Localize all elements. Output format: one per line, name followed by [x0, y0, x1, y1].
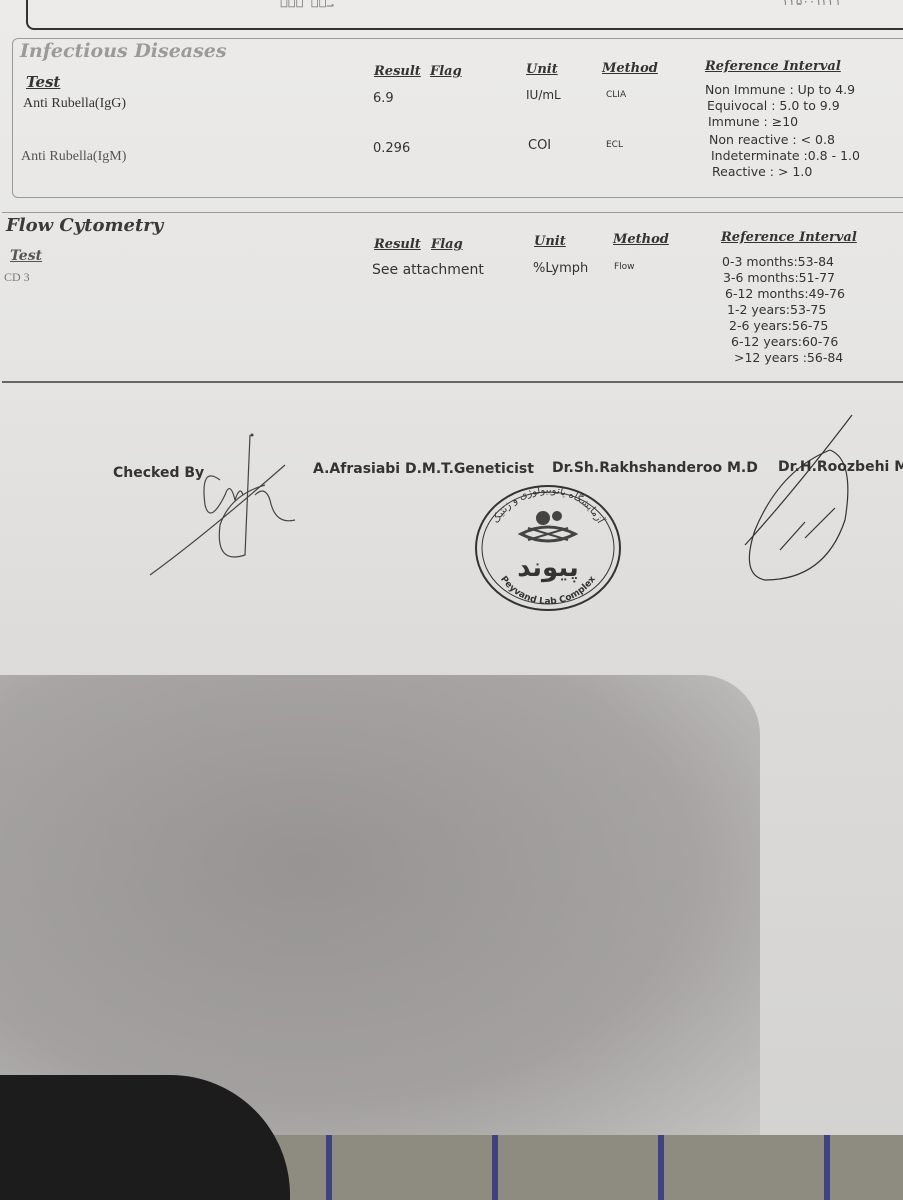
test-name-cd3: CD 3 — [4, 270, 30, 285]
lab-stamp: آزمایشگاه پاتوبیولوژی و ژنتیک Peyvand La… — [473, 480, 623, 612]
col-header-reference-flow: Reference Interval — [721, 230, 857, 245]
method-igg: CLIA — [606, 90, 626, 100]
handwritten-signature-roozbehi — [735, 410, 865, 590]
unit-cd3: %Lymph — [533, 261, 588, 276]
method-cd3: Flow — [614, 262, 635, 272]
col-header-result: Result — [374, 64, 421, 79]
header-text-fragment: ؁ؗ؀ ؗؑ ؀ؙ؃ؕ — [280, 0, 334, 9]
unit-igg: IU/mL — [526, 88, 561, 102]
dna-leaf-logo-icon — [521, 511, 575, 541]
col-header-test-flow: Test — [10, 248, 42, 264]
result-cd3: See attachment — [372, 262, 484, 278]
signer-rakhshanderoo: Dr.Sh.Rakhshanderoo M.D — [552, 460, 758, 476]
handwritten-signature-checked-by — [145, 425, 305, 580]
unit-igm: COI — [528, 138, 551, 153]
col-header-unit: Unit — [526, 62, 558, 77]
stamp-center-text: پیوند — [517, 553, 578, 583]
reference-cd3: 0-3 months:53-84 3-6 months:51-77 6-12 m… — [722, 254, 845, 366]
col-header-method-flow: Method — [613, 232, 669, 247]
col-header-flag-flow: Flag — [431, 237, 463, 252]
col-header-reference: Reference Interval — [705, 59, 841, 74]
signer-afrasiabi: A.Afrasiabi D.M.T.Geneticist — [313, 461, 534, 477]
col-header-unit-flow: Unit — [534, 234, 566, 249]
result-igg: 6.9 — [373, 91, 394, 106]
reference-igm: Non reactive : < 0.8 Indeterminate :0.8 … — [709, 132, 860, 180]
test-name-igm: Anti Rubella(IgM) — [21, 149, 126, 165]
section-title-infectious: Infectious Diseases — [20, 40, 227, 62]
test-name-igg: Anti Rubella(IgG) — [23, 96, 126, 112]
header-box — [26, 0, 903, 30]
col-header-flag: Flag — [430, 64, 462, 79]
method-igm: ECL — [606, 140, 623, 150]
section-title-flow: Flow Cytometry — [6, 215, 163, 236]
header-number-fragment: ۲۲۵۰۰۱۲۲۱ — [783, 0, 841, 8]
col-header-result-flow: Result — [374, 237, 421, 252]
reference-igg: Non Immune : Up to 4.9 Equivocal : 5.0 t… — [705, 82, 855, 130]
col-header-test: Test — [26, 73, 60, 91]
result-igm: 0.296 — [373, 141, 410, 156]
col-header-method: Method — [602, 61, 658, 76]
